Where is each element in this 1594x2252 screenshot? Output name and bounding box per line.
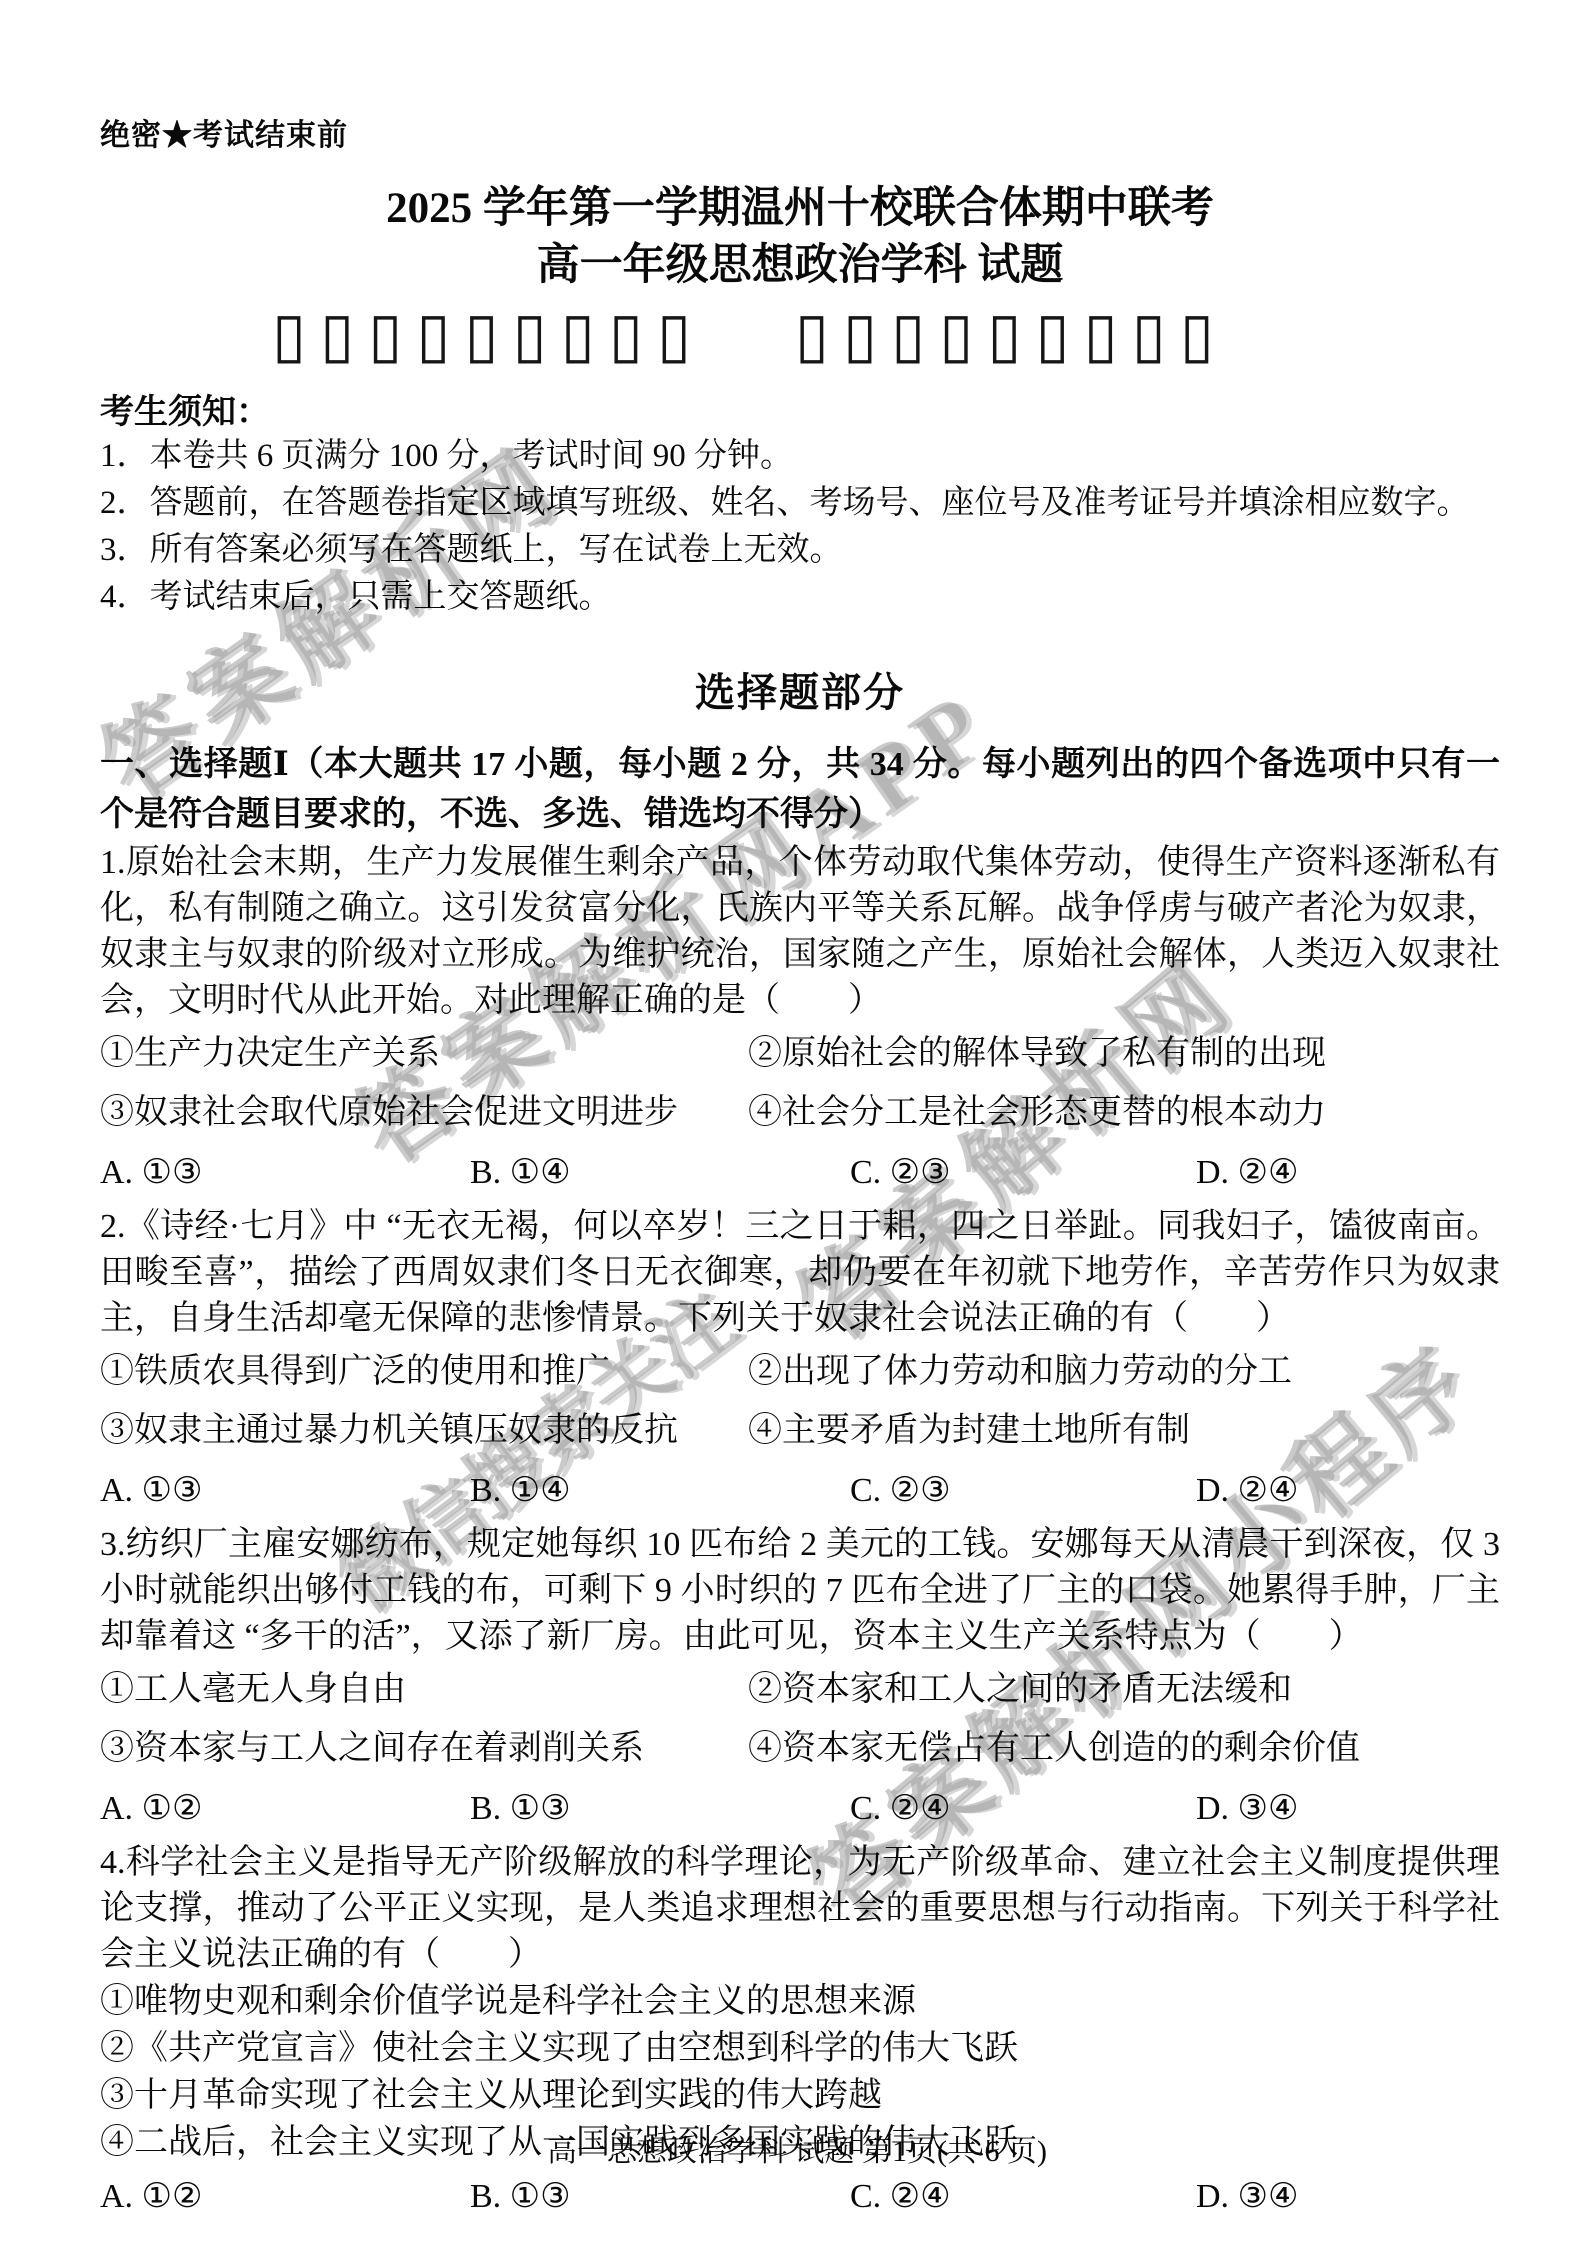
choice-a: A. ①② xyxy=(100,2166,470,2228)
option-1: ①生产力决定生产关系 xyxy=(100,1024,748,1083)
choice-a: A. ①② xyxy=(100,1778,470,1840)
choice-c: C. ②④ xyxy=(850,1778,1196,1840)
question-4-stem: 4.科学社会主义是指导无产阶级解放的科学理论，为无产阶级革命、建立社会主义制度提… xyxy=(100,1840,1500,1978)
option-1: ①铁质农具得到广泛的使用和推广 xyxy=(100,1342,748,1401)
question-2-choices: A. ①③ B. ①④ C. ②③ D. ②④ xyxy=(100,1460,1500,1522)
question-1: 1.原始社会末期，生产力发展催生剩余产品，个体劳动取代集体劳动，使得生产资料逐渐… xyxy=(100,840,1500,1204)
exam-title-line2: 高一年级思想政治学科 试题 xyxy=(100,237,1500,294)
page-footer: 高一思想政治学科 试题 第1页(共 6 页) xyxy=(0,2126,1594,2170)
question-1-choices: A. ①③ B. ①④ C. ②③ D. ②④ xyxy=(100,1142,1500,1204)
question-1-options-row1: ①生产力决定生产关系 ②原始社会的解体导致了私有制的出现 xyxy=(100,1024,1500,1083)
option-2: ②《共产党宣言》使社会主义实现了由空想到科学的伟大飞跃 xyxy=(100,2025,1500,2072)
question-2-stem: 2.《诗经·七月》中 “无衣无褐，何以卒岁！三之日于耜，四之日举趾。同我妇子，馌… xyxy=(100,1204,1500,1342)
option-3: ③资本家与工人之间存在着剥削关系 xyxy=(100,1719,748,1778)
placeholder-box-row: ▯▯▯▯▯▯▯▯▯ ▯▯▯▯▯▯▯▯▯ xyxy=(100,294,1500,370)
question-2-options-row2: ③奴隶主通过暴力机关镇压奴隶的反抗 ④主要矛盾为封建土地所有制 xyxy=(100,1401,1500,1460)
choice-b: B. ①③ xyxy=(470,2166,850,2228)
option-3: ③奴隶主通过暴力机关镇压奴隶的反抗 xyxy=(100,1401,748,1460)
choice-d: D. ③④ xyxy=(1196,1778,1299,1840)
question-1-options-row2: ③奴隶社会取代原始社会促进文明进步 ④社会分工是社会形态更替的根本动力 xyxy=(100,1083,1500,1142)
placeholder-boxes-right: ▯▯▯▯▯▯▯▯▯ xyxy=(795,300,1228,370)
question-1-stem: 1.原始社会末期，生产力发展催生剩余产品，个体劳动取代集体劳动，使得生产资料逐渐… xyxy=(100,840,1500,1024)
notice-heading: 考生须知： xyxy=(100,384,1500,433)
section-heading: 选择题部分 xyxy=(100,661,1500,718)
choice-c: C. ②③ xyxy=(850,1460,1196,1522)
placeholder-boxes-left: ▯▯▯▯▯▯▯▯▯ xyxy=(272,300,705,370)
choice-c: C. ②④ xyxy=(850,2166,1196,2228)
option-4: ④资本家无偿占有工人创造的的剩余价值 xyxy=(748,1719,1500,1778)
choice-b: B. ①④ xyxy=(470,1142,850,1204)
option-3: ③十月革命实现了社会主义从理论到实践的伟大跨越 xyxy=(100,2072,1500,2119)
classification-label: 绝密★考试结束前 xyxy=(100,110,1500,154)
choice-b: B. ①④ xyxy=(470,1460,850,1522)
part1-instructions: 一、选择题Ⅰ（本大题共 17 小题，每小题 2 分，共 34 分。每小题列出的四… xyxy=(100,740,1500,840)
question-3: 3.纺织厂主雇安娜纺布，规定她每织 10 匹布给 2 美元的工钱。安娜每天从清晨… xyxy=(100,1522,1500,1840)
choice-d: D. ②④ xyxy=(1196,1142,1299,1204)
question-3-options-row1: ①工人毫无人身自由 ②资本家和工人之间的矛盾无法缓和 xyxy=(100,1660,1500,1719)
question-3-stem: 3.纺织厂主雇安娜纺布，规定她每织 10 匹布给 2 美元的工钱。安娜每天从清晨… xyxy=(100,1522,1500,1660)
notice-item-1: 1．本卷共 6 页满分 100 分，考试时间 90 分钟。 xyxy=(100,433,1500,480)
option-2: ②出现了体力劳动和脑力劳动的分工 xyxy=(748,1342,1500,1401)
choice-c: C. ②③ xyxy=(850,1142,1196,1204)
question-3-options-row2: ③资本家与工人之间存在着剥削关系 ④资本家无偿占有工人创造的的剩余价值 xyxy=(100,1719,1500,1778)
option-1: ①工人毫无人身自由 xyxy=(100,1660,748,1719)
choice-a: A. ①③ xyxy=(100,1460,470,1522)
option-2: ②资本家和工人之间的矛盾无法缓和 xyxy=(748,1660,1500,1719)
choice-a: A. ①③ xyxy=(100,1142,470,1204)
notice-item-4: 4．考试结束后，只需上交答题纸。 xyxy=(100,574,1500,621)
question-2: 2.《诗经·七月》中 “无衣无褐，何以卒岁！三之日于耜，四之日举趾。同我妇子，馌… xyxy=(100,1204,1500,1522)
choice-d: D. ②④ xyxy=(1196,1460,1299,1522)
question-4-choices: A. ①② B. ①③ C. ②④ D. ③④ xyxy=(100,2166,1500,2228)
option-3: ③奴隶社会取代原始社会促进文明进步 xyxy=(100,1083,748,1142)
question-2-options-row1: ①铁质农具得到广泛的使用和推广 ②出现了体力劳动和脑力劳动的分工 xyxy=(100,1342,1500,1401)
page-content: 绝密★考试结束前 2025 学年第一学期温州十校联合体期中联考 高一年级思想政治… xyxy=(0,0,1594,2228)
notice-item-3: 3．所有答案必须写在答题纸上，写在试卷上无效。 xyxy=(100,527,1500,574)
option-2: ②原始社会的解体导致了私有制的出现 xyxy=(748,1024,1500,1083)
choice-b: B. ①③ xyxy=(470,1778,850,1840)
exam-paper-page: 答案解析网 答案解析网APP 答案解析网 微信搜索关注 答案解析网小程序 绝密★… xyxy=(0,0,1594,2252)
question-3-choices: A. ①② B. ①③ C. ②④ D. ③④ xyxy=(100,1778,1500,1840)
exam-title-line1: 2025 学年第一学期温州十校联合体期中联考 xyxy=(100,180,1500,237)
option-4: ④社会分工是社会形态更替的根本动力 xyxy=(748,1083,1500,1142)
choice-d: D. ③④ xyxy=(1196,2166,1299,2228)
notice-item-2: 2．答题前，在答题卷指定区域填写班级、姓名、考场号、座位号及准考证号并填涂相应数… xyxy=(100,480,1500,527)
option-4: ④主要矛盾为封建土地所有制 xyxy=(748,1401,1500,1460)
option-1: ①唯物史观和剩余价值学说是科学社会主义的思想来源 xyxy=(100,1978,1500,2025)
